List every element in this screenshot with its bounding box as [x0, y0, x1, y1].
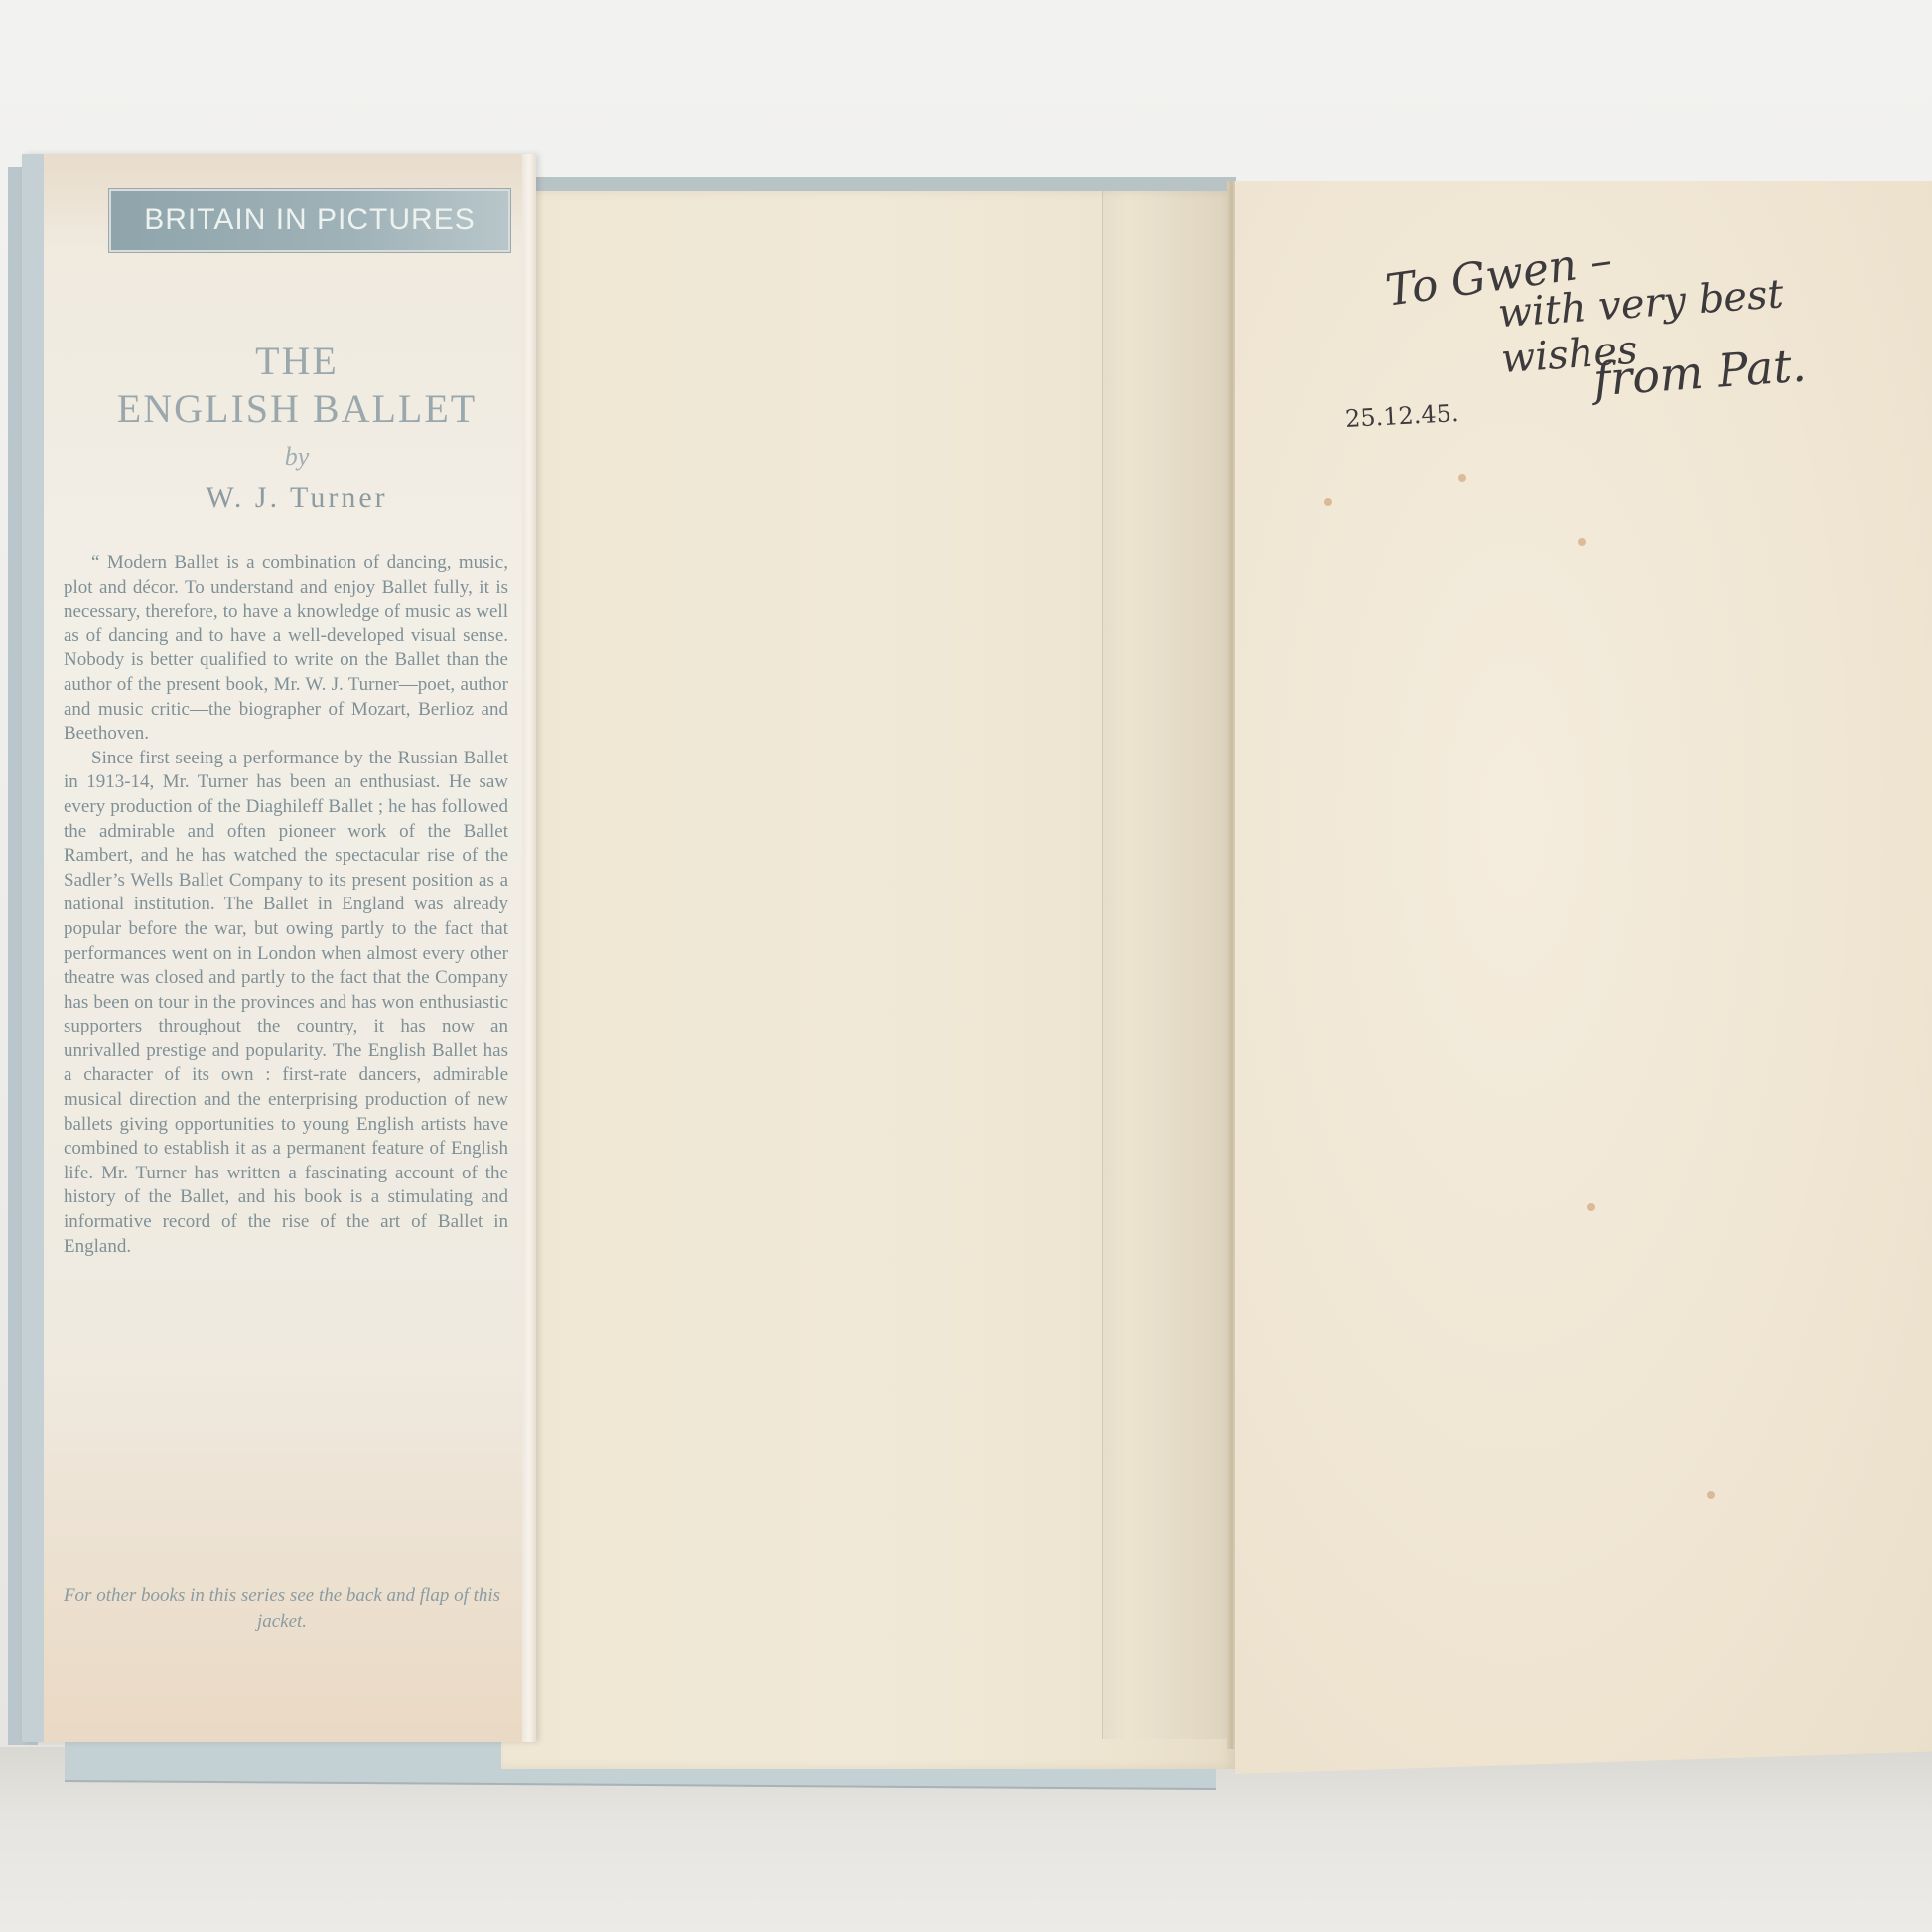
- book-title-line-1: THE: [83, 338, 510, 384]
- book-title-line-2: ENGLISH BALLET: [83, 385, 510, 432]
- flap-fold-edge: [522, 154, 536, 1742]
- foxing-spot: [1324, 498, 1332, 506]
- foxing-spot: [1458, 474, 1466, 482]
- pastedown-turn-in: [1102, 191, 1227, 1739]
- inscription-date: 25.12.45.: [1344, 399, 1459, 433]
- blurb-paragraph-2: Since first seeing a performance by the …: [64, 747, 508, 1259]
- foxing-spot: [1587, 1203, 1595, 1211]
- blurb-paragraph-1: “ Modern Ballet is a combination of danc…: [64, 551, 508, 747]
- series-title: BRITAIN IN PICTURES: [144, 204, 475, 237]
- series-band: BRITAIN IN PICTURES: [109, 189, 510, 252]
- author-name: W. J. Turner: [83, 482, 510, 515]
- dust-jacket-flap: BRITAIN IN PICTURES THE ENGLISH BALLET b…: [22, 154, 536, 1742]
- foxing-spot: [1578, 538, 1586, 546]
- series-footer-note: For other books in this series see the b…: [54, 1584, 510, 1635]
- front-free-endpaper: [1235, 181, 1932, 1774]
- foxing-spot: [1707, 1491, 1715, 1499]
- jacket-blurb: “ Modern Ballet is a combination of danc…: [64, 551, 508, 1259]
- by-label: by: [83, 442, 510, 472]
